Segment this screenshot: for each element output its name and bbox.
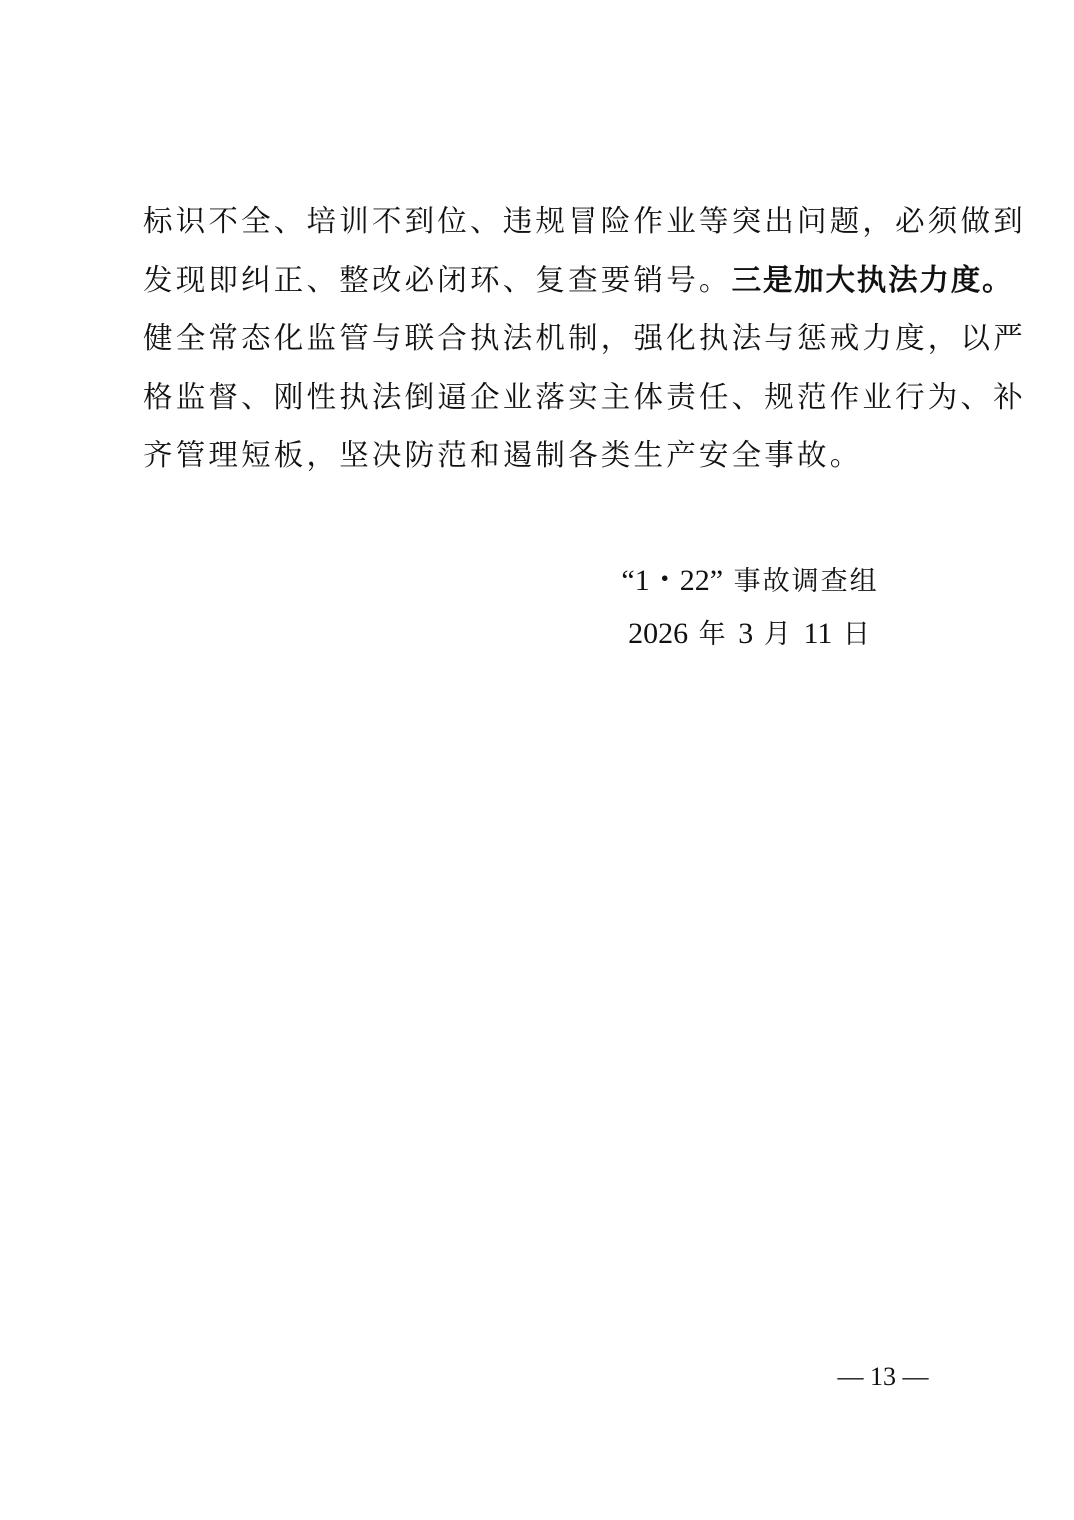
signing-organization: “1・22” 事故调查组 [600, 555, 900, 608]
line-text: 格监督、刚性执法倒逼企业落实主体责任、规范作业行为、补 [143, 380, 1026, 414]
page-number: — 13 — [828, 1362, 938, 1392]
bold-heading: 三是加大执法力度。 [732, 263, 1014, 297]
paragraph-line: 发现即纠正、整改必闭环、复查要销号。三是加大执法力度。 [143, 255, 933, 314]
line-text: 齐管理短板，坚决防范和遏制各类生产安全事故。 [143, 438, 862, 472]
paragraph-line: 健全常态化监管与联合执法机制，强化执法与惩戒力度，以严 [143, 313, 933, 372]
body-paragraph: 标识不全、培训不到位、违规冒险作业等突出问题，必须做到 发现即纠正、整改必闭环、… [143, 196, 933, 489]
paragraph-line: 格监督、刚性执法倒逼企业落实主体责任、规范作业行为、补 [143, 372, 933, 431]
signing-date: 2026 年 3 月 11 日 [600, 608, 900, 661]
paragraph-line: 标识不全、培训不到位、违规冒险作业等突出问题，必须做到 [143, 196, 933, 255]
line-text: 发现即纠正、整改必闭环、复查要销号。 [143, 263, 732, 297]
signature-block: “1・22” 事故调查组 2026 年 3 月 11 日 [600, 555, 900, 661]
line-text: 标识不全、培训不到位、违规冒险作业等突出问题，必须做到 [143, 204, 1026, 238]
document-page: 标识不全、培训不到位、违规冒险作业等突出问题，必须做到 发现即纠正、整改必闭环、… [0, 0, 1074, 1520]
line-text: 健全常态化监管与联合执法机制，强化执法与惩戒力度，以严 [143, 321, 1026, 355]
paragraph-line: 齐管理短板，坚决防范和遏制各类生产安全事故。 [143, 430, 933, 489]
